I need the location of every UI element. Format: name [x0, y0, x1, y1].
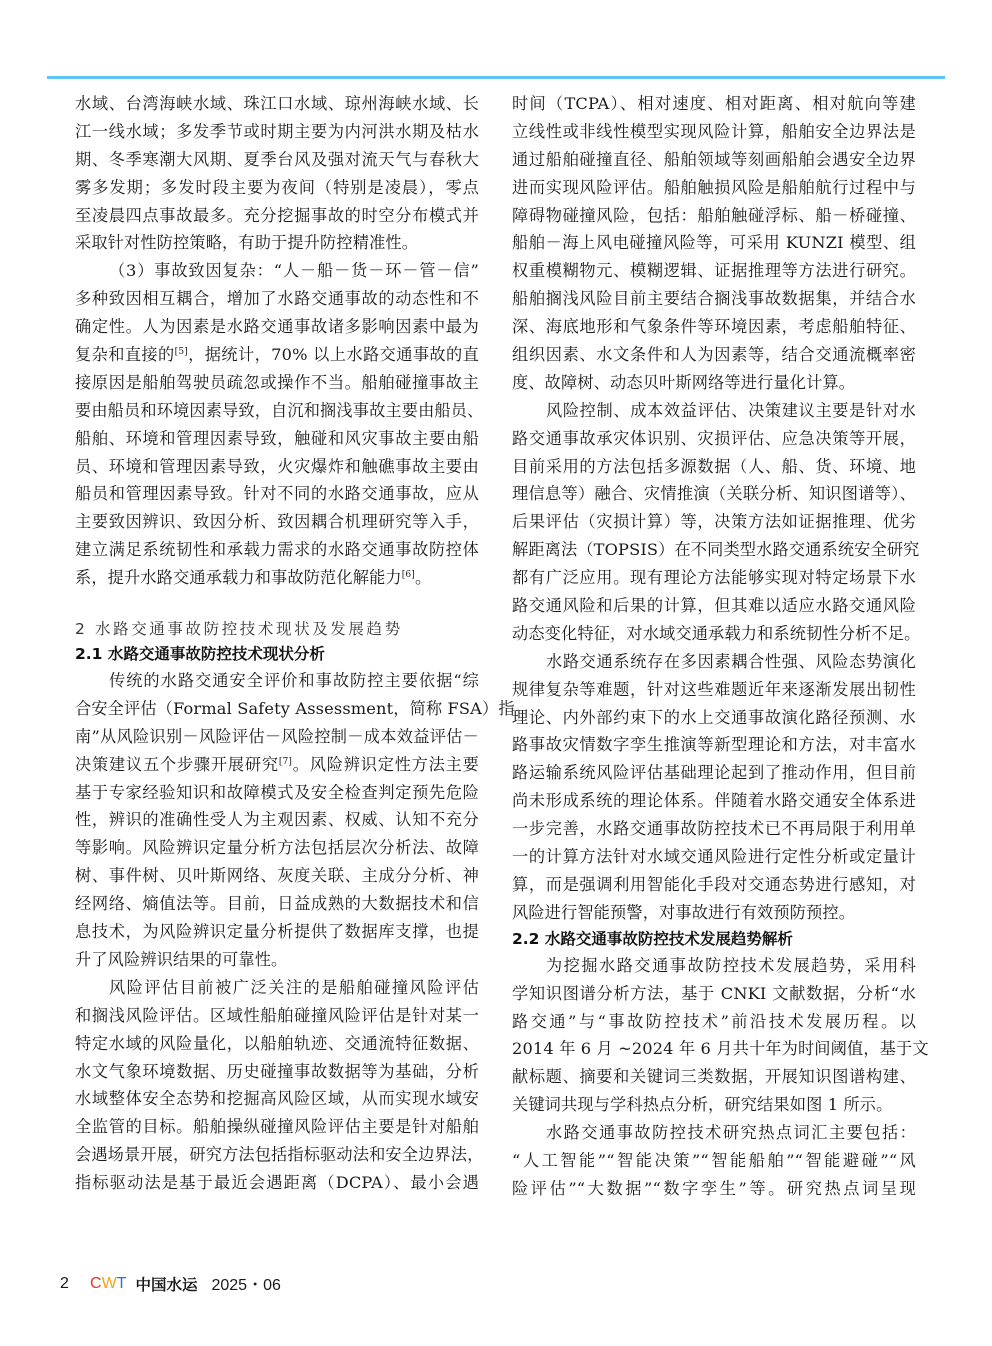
logo-letter-c: C — [90, 1275, 102, 1292]
text-line: 建立满足系统韧性和承载力需求的水路交通事故防控体 — [75, 536, 479, 564]
text-line: 风险控制、成本效益评估、决策建议主要是针对水 — [512, 397, 916, 425]
logo-letter-w: W — [102, 1275, 117, 1292]
text-line: 水域、台湾海峡水域、珠江口水域、琼州海峡水域、长 — [75, 90, 479, 118]
text-line: 员、环境和管理因素导致，火灾爆炸和触礁事故主要由 — [75, 453, 479, 481]
text-span: ，据统计，70% 以上水路交通事故的直 — [188, 345, 479, 364]
text-line: 确定性。人为因素是水路交通事故诸多影响因素中最为 — [75, 313, 479, 341]
text-line: 路交通事故承灾体识别、灾损评估、应急决策等开展， — [512, 425, 916, 453]
text-line: 经网络、熵值法等。目前，日益成熟的大数据技术和信 — [75, 890, 479, 918]
text-line: 船员和管理因素导致。针对不同的水路交通事故，应从 — [75, 480, 479, 508]
text-line: 多种致因相互耦合，增加了水路交通事故的动态性和不 — [75, 285, 479, 313]
section-2-heading: 2 水路交通事故防控技术现状及发展趋势 — [75, 616, 479, 642]
right-column: 时间（TCPA）、相对速度、相对距离、相对航向等建 立线性或非线性模型实现风险计… — [512, 90, 916, 1203]
text-line: 一的计算方法针对水域交通风险进行定性分析或定量计 — [512, 843, 916, 871]
text-line: 障碍物碰撞风险，包括：船舶触碰浮标、船－桥碰撞、 — [512, 202, 916, 230]
text-line: 升了风险辨识结果的可靠性。 — [75, 946, 479, 974]
section-2-2-heading: 2.2 水路交通事故防控技术发展趋势解析 — [512, 927, 916, 952]
text-line: 组织因素、水文条件和人为因素等，结合交通流概率密 — [512, 341, 916, 369]
text-line: 险评估”“大数据”“数字孪生”等。研究热点词呈现 — [512, 1175, 916, 1203]
text-span: 复杂和直接的 — [75, 345, 175, 364]
text-line: 权重模糊物元、模糊逻辑、证据推理等方法进行研究。 — [512, 257, 916, 285]
text-line: 后果评估（灾损计算）等，决策方法如证据推理、优劣 — [512, 508, 916, 536]
text-line: 会遇场景开展，研究方法包括指标驱动法和安全边界法， — [75, 1141, 479, 1169]
text-line: 船舶搁浅风险目前主要结合搁浅事故数据集，并结合水 — [512, 285, 916, 313]
text-line: 至凌晨四点事故最多。充分挖掘事故的时空分布模式并 — [75, 202, 479, 230]
paragraph-fsa: 传统的水路交通安全评价和事故防控主要依据“综 合安全评估（Formal Safe… — [75, 667, 479, 974]
text-line: 理信息等）融合、灾情推演（关联分析、知识图谱等）、 — [512, 480, 916, 508]
text-line: （3）事故致因复杂：“人－船－货－环－管－信” — [75, 257, 479, 285]
paragraph-risk-assessment: 风险评估目前被广泛关注的是船舶碰撞风险评估 和搁浅风险评估。区域性船舶碰撞风险评… — [75, 974, 479, 1197]
text-line: 船舶－海上风电碰撞风险等，可采用 KUNZI 模型、组 — [512, 229, 916, 257]
text-line: 性，辨识的准确性受人为主观因素、权威、认知不充分 — [75, 806, 479, 834]
text-line: 全监管的目标。船舶操纵碰撞风险评估主要是针对船舶 — [75, 1113, 479, 1141]
citation-ref[interactable]: [7] — [279, 757, 292, 767]
text-line: 路交通”与“事故防控技术”前沿技术发展历程。以 — [512, 1008, 916, 1036]
text-line: 路事故灾情数字孪生推演等新型理论和方法，对丰富水 — [512, 731, 916, 759]
text-line: 特定水域的风险量化，以船舶轨迹、交通流特征数据、 — [75, 1030, 479, 1058]
text-line: 2014 年 6 月 ~2024 年 6 月共十年为时间阈值，基于文 — [512, 1035, 916, 1063]
text-line: 树、事件树、贝叶斯网络、灰度关联、主成分分析、神 — [75, 862, 479, 890]
text-line: 合安全评估（Formal Safety Assessment，简称 FSA）指 — [75, 695, 479, 723]
text-line: 水路交通事故防控技术研究热点词汇主要包括： — [512, 1119, 916, 1147]
paragraph-spatiotemporal: 水域、台湾海峡水域、珠江口水域、琼州海峡水域、长 江一线水域；多发季节或时期主要… — [75, 90, 479, 257]
text-line: 采取针对性防控策略，有助于提升防控精准性。 — [75, 229, 479, 257]
text-line: 进而实现风险评估。船舶触损风险是船舶航行过程中与 — [512, 174, 916, 202]
left-column: 水域、台湾海峡水域、珠江口水域、琼州海峡水域、长 江一线水域；多发季节或时期主要… — [75, 90, 479, 1197]
text-line: 算，而是强调利用智能化手段对交通态势进行感知，对 — [512, 871, 916, 899]
text-line: 南”从风险识别－风险评估－风险控制－成本效益评估－ — [75, 723, 479, 751]
paragraph-system-challenges: 水路交通系统存在多因素耦合性强、风险态势演化 规律复杂等难题，针对这些难题近年来… — [512, 648, 916, 927]
text-span: 系，提升水路交通承载力和事故防范化解能力 — [75, 568, 402, 587]
text-span: 。 — [415, 568, 431, 587]
paragraph-hotspots: 水路交通事故防控技术研究热点词汇主要包括： “人工智能”“智能决策”“智能船舶”… — [512, 1119, 916, 1203]
header-rule — [47, 76, 945, 79]
journal-name: 中国水运 — [135, 1273, 197, 1295]
text-line: 和搁浅风险评估。区域性船舶碰撞风险评估是针对某一 — [75, 1002, 479, 1030]
page-number: 2 — [60, 1275, 90, 1293]
text-line: 时间（TCPA）、相对速度、相对距离、相对航向等建 — [512, 90, 916, 118]
text-span: 。风险辨识定性方法主要 — [292, 755, 479, 774]
paragraph-risk-control: 风险控制、成本效益评估、决策建议主要是针对水 路交通事故承灾体识别、灾损评估、应… — [512, 397, 916, 648]
text-line: 为挖掘水路交通事故防控技术发展趋势，采用科 — [512, 952, 916, 980]
cwt-logo: CWT — [90, 1275, 126, 1293]
citation-ref[interactable]: [5] — [175, 347, 188, 357]
text-line: 尚未形成系统的理论体系。伴随着水路交通安全体系进 — [512, 787, 916, 815]
text-line: 基于专家经验知识和故障模式及安全检查判定预先危险 — [75, 779, 479, 807]
text-line: 风险评估目前被广泛关注的是船舶碰撞风险评估 — [75, 974, 479, 1002]
text-line: 复杂和直接的[5]，据统计，70% 以上水路交通事故的直 — [75, 341, 479, 369]
text-line: 立线性或非线性模型实现风险计算，船舶安全边界法是 — [512, 118, 916, 146]
text-line: 通过船舶碰撞直径、船舶领域等刻画船舶会遇安全边界 — [512, 146, 916, 174]
text-line: 传统的水路交通安全评价和事故防控主要依据“综 — [75, 667, 479, 695]
text-line: 献标题、摘要和关键词三类数据，开展知识图谱构建、 — [512, 1063, 916, 1091]
text-line: 风险进行智能预警，对事故进行有效预防预控。 — [512, 899, 916, 927]
text-line: 都有广泛应用。现有理论方法能够实现对特定场景下水 — [512, 564, 916, 592]
issue-number: 2025・06 — [211, 1272, 280, 1295]
text-line: 决策建议五个步骤开展研究[7]。风险辨识定性方法主要 — [75, 751, 479, 779]
paragraph-knowledge-graph: 为挖掘水路交通事故防控技术发展趋势，采用科 学知识图谱分析方法，基于 CNKI … — [512, 952, 916, 1119]
text-line: 理论、内外部约束下的水上交通事故演化路径预测、水 — [512, 704, 916, 732]
text-line: 要由船员和环境因素导致，自沉和搁浅事故主要由船员、 — [75, 397, 479, 425]
text-line: 等影响。风险辨识定量分析方法包括层次分析法、故障 — [75, 834, 479, 862]
section-2-1-heading: 2.1 水路交通事故防控技术现状分析 — [75, 642, 479, 667]
text-line: 深、海底地形和气象条件等环境因素，考虑船舶特征、 — [512, 313, 916, 341]
text-line: 一步完善，水路交通事故防控技术已不再局限于利用单 — [512, 815, 916, 843]
text-line: 动态变化特征，对水域交通承载力和系统韧性分析不足。 — [512, 620, 916, 648]
text-line: 解距离法（TOPSIS）在不同类型水路交通系统安全研究 — [512, 536, 916, 564]
text-line: 系，提升水路交通承载力和事故防范化解能力[6]。 — [75, 564, 479, 592]
paragraph-causation: （3）事故致因复杂：“人－船－货－环－管－信” 多种致因相互耦合，增加了水路交通… — [75, 257, 479, 592]
text-line: 雾多发期；多发时段主要为夜间（特别是凌晨），零点 — [75, 174, 479, 202]
text-line: 接原因是船舶驾驶员疏忽或操作不当。船舶碰撞事故主 — [75, 369, 479, 397]
text-line: 度、故障树、动态贝叶斯网络等进行量化计算。 — [512, 369, 916, 397]
text-line: 目前采用的方法包括多源数据（人、船、货、环境、地 — [512, 453, 916, 481]
page-footer: 2 CWT 中国水运 2025・06 — [60, 1272, 281, 1295]
text-line: 水文气象环境数据、历史碰撞事故数据等为基础，分析 — [75, 1058, 479, 1086]
text-line: 水域整体安全态势和挖掘高风险区域，从而实现水域安 — [75, 1085, 479, 1113]
text-line: 路运输系统风险评估基础理论起到了推动作用，但目前 — [512, 759, 916, 787]
text-line: 关键词共现与学科热点分析，研究结果如图 1 所示。 — [512, 1091, 916, 1119]
logo-letter-t: T — [117, 1275, 127, 1292]
text-line: 指标驱动法是基于最近会遇距离（DCPA）、最小会遇 — [75, 1169, 479, 1197]
text-line: 期、冬季寒潮大风期、夏季台风及强对流天气与春秋大 — [75, 146, 479, 174]
text-line: 息技术，为风险辨识定量分析提供了数据库支撑，也提 — [75, 918, 479, 946]
text-line: 主要致因辨识、致因分析、致因耦合机理研究等入手， — [75, 508, 479, 536]
text-span: 决策建议五个步骤开展研究 — [75, 755, 279, 774]
text-line: 学知识图谱分析方法，基于 CNKI 文献数据，分析“水 — [512, 980, 916, 1008]
text-line: 水路交通系统存在多因素耦合性强、风险态势演化 — [512, 648, 916, 676]
text-line: “人工智能”“智能决策”“智能船舶”“智能避碰”“风 — [512, 1147, 916, 1175]
text-line: 船舶、环境和管理因素导致，触碰和风灾事故主要由船 — [75, 425, 479, 453]
citation-ref[interactable]: [6] — [402, 570, 415, 580]
paragraph-collision-methods: 时间（TCPA）、相对速度、相对距离、相对航向等建 立线性或非线性模型实现风险计… — [512, 90, 916, 397]
text-line: 规律复杂等难题，针对这些难题近年来逐渐发展出韧性 — [512, 676, 916, 704]
text-line: 路交通风险和后果的计算，但其难以适应水路交通风险 — [512, 592, 916, 620]
text-line: 江一线水域；多发季节或时期主要为内河洪水期及枯水 — [75, 118, 479, 146]
spacer — [75, 592, 479, 612]
